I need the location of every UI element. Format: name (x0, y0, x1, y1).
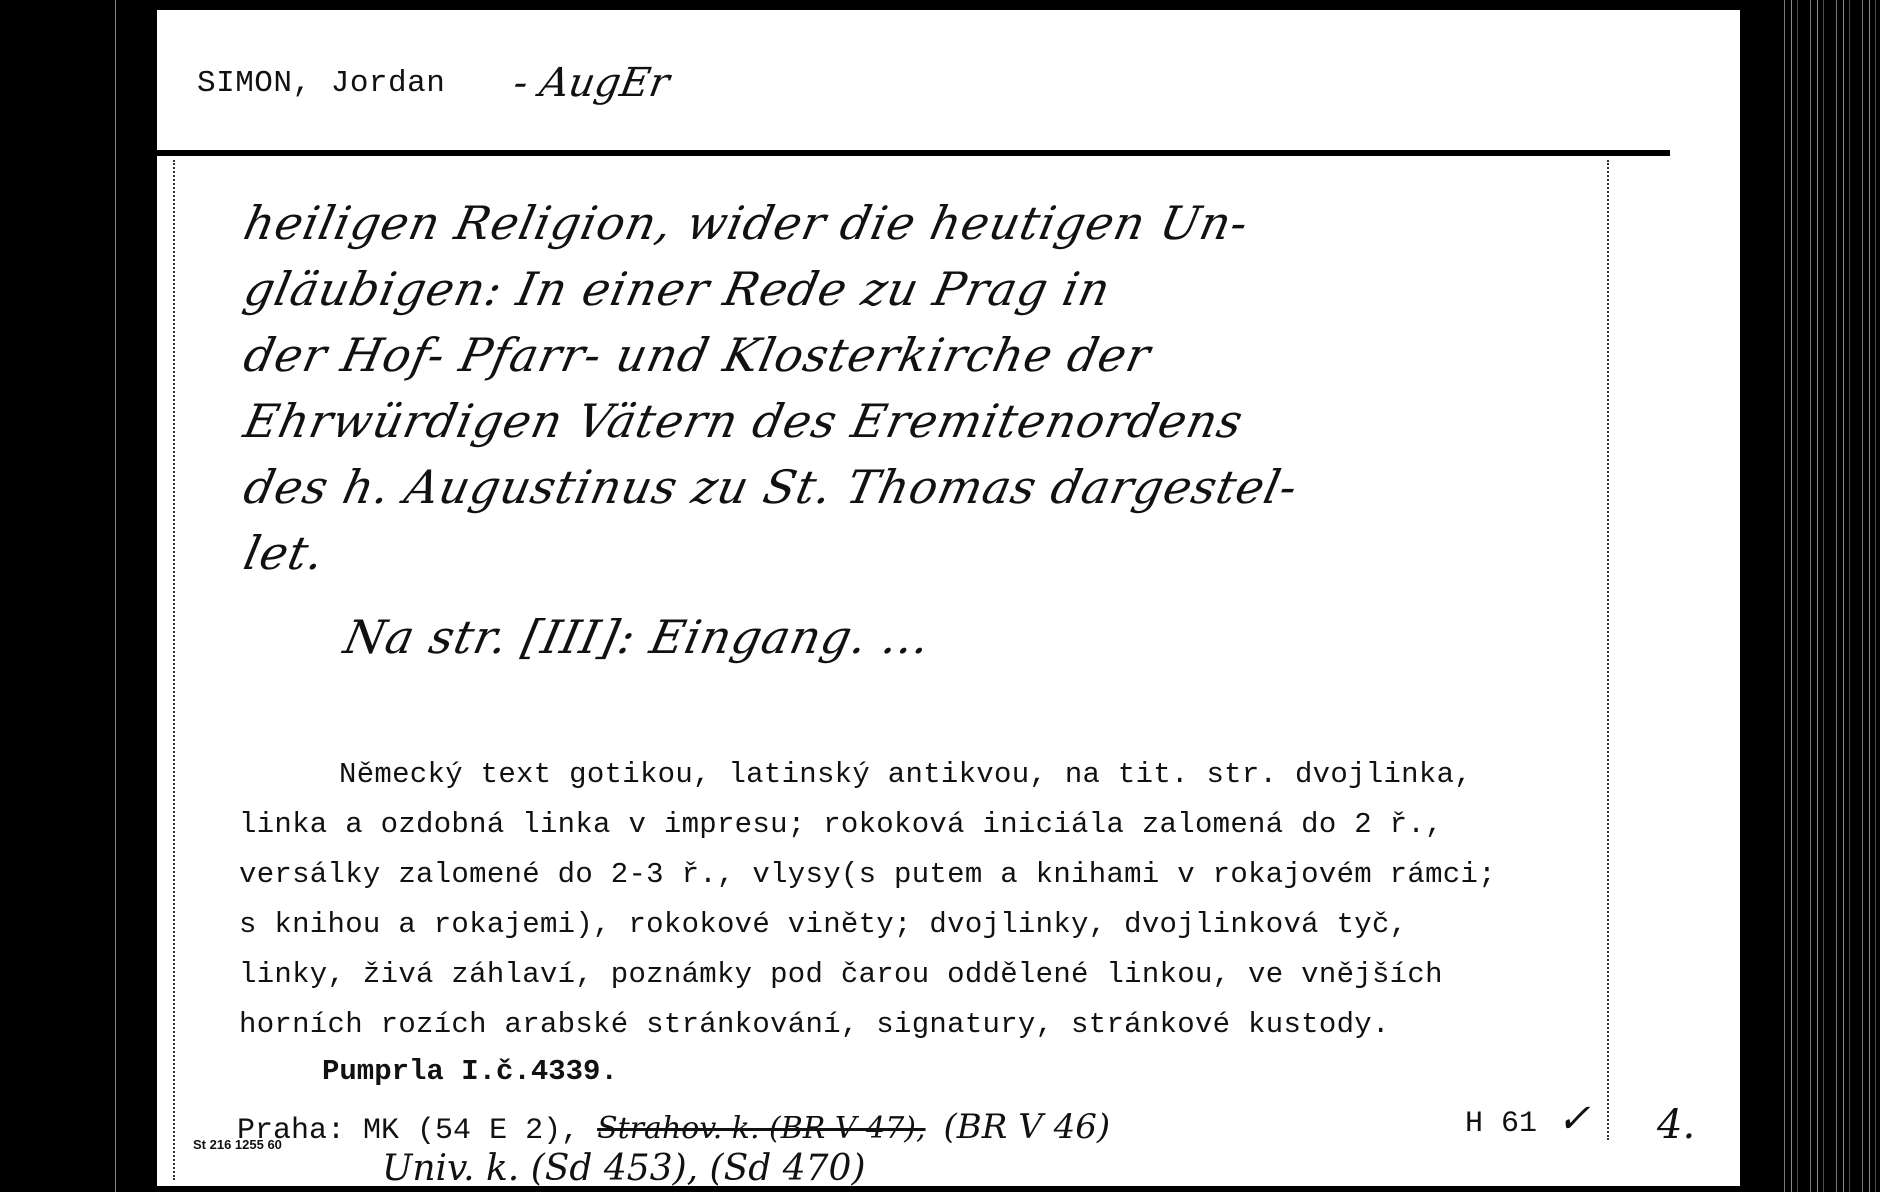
card-print-code: St 216 1255 60 (193, 1137, 282, 1152)
handwritten-line: heiligen Religion, wider die heutigen Un… (238, 190, 1652, 256)
description-line: linka a ozdobná linka v impresu; rokokov… (239, 800, 1619, 850)
scan-edge-line (115, 0, 116, 1192)
shelf-mark: H 61 (1465, 1107, 1537, 1141)
physical-description: Německý text gotikou, latinský antikvou,… (239, 750, 1619, 1050)
handwritten-annotation: AugEr (536, 60, 673, 106)
description-line: versálky zalomené do 2-3 ř., vlysy(s put… (239, 850, 1619, 900)
card-number: 4. (1657, 1102, 1695, 1148)
handwritten-line: gläubigen: In einer Rede zu Prag in (238, 256, 1652, 322)
handwritten-line: der Hof- Pfarr- und Klosterkirche der (238, 322, 1652, 388)
author-handwritten-note: - AugEr (510, 60, 673, 106)
handwritten-line: Ehrwürdigen Vätern des Eremitenordens (238, 388, 1652, 454)
left-margin-line (173, 160, 175, 1180)
author-heading: SIMON, Jordan (197, 66, 445, 101)
description-line: Německý text gotikou, latinský antikvou,… (239, 750, 1619, 800)
description-line: s knihou a rokajemi), rokokové viněty; d… (239, 900, 1619, 950)
struck-holding-entry: Strahov. k. (BR V 47), (597, 1111, 925, 1146)
scanner-edge-strip (1778, 0, 1880, 1192)
bibliography-reference: Pumprla I.č.4339. (322, 1055, 618, 1088)
catalog-card: SIMON, Jordan - AugEr heiligen Religion,… (157, 10, 1740, 1186)
holding-entry: MK (54 E 2), (363, 1114, 579, 1148)
handwritten-line: des h. Augustinus zu St. Thomas dargeste… (238, 454, 1652, 520)
description-line: linky, živá záhlaví, poznámky pod čarou … (239, 950, 1619, 1000)
description-line: horních rozích arabské stránkování, sign… (239, 1000, 1619, 1050)
handwritten-title: heiligen Religion, wider die heutigen Un… (245, 190, 1645, 670)
handwritten-univ-holdings: Univ. k. (Sd 453), (Sd 470) (382, 1148, 866, 1189)
check-mark-icon: ✓ (1557, 1096, 1591, 1142)
holdings-line: Praha: MK (54 E 2), Strahov. k. (BR V 47… (237, 1107, 1110, 1148)
handwritten-note: Na str. [III]: Eingang. ... (338, 604, 1652, 670)
heading-separator: - (510, 60, 532, 106)
handwritten-line: let. (238, 520, 1652, 586)
header-divider (157, 150, 1670, 156)
handwritten-holding-entry: (BR V 46) (944, 1107, 1111, 1147)
